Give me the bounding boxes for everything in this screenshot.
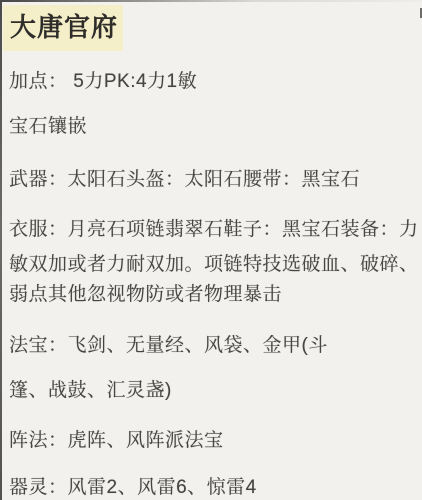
treasure-line-2: 篷、战鼓、汇灵盏) <box>9 376 412 406</box>
formation-line: 阵法：虎阵、风阵派法宝 <box>9 426 412 456</box>
stat-allocation-line: 加点： 5力PK:4力1敏 <box>9 67 412 97</box>
gem-section-heading: 宝石镶嵌 <box>9 112 412 142</box>
treasure-line-1: 法宝：飞剑、无量经、风袋、金甲(斗 <box>9 331 412 361</box>
clothes-gems-line-1: 衣服：月亮石项链翡翠石鞋子：黑宝石装备：力 <box>9 215 412 245</box>
clothes-gems-line-3: 弱点其他忽视物防或者物理暴击 <box>9 280 412 310</box>
clothes-gems-line-2: 敏双加或者力耐双加。项链特技选破血、破碎、 <box>9 250 412 280</box>
guide-article: 大唐官府 加点： 5力PK:4力1敏 宝石镶嵌 武器：太阳石头盔：太阳石腰带：黑… <box>0 0 422 500</box>
page-title: 大唐官府 <box>3 5 123 51</box>
weapon-gems-line: 武器：太阳石头盔：太阳石腰带：黑宝石 <box>9 165 412 195</box>
weapon-spirit-line: 器灵：风雷2、风雷6、惊雷4 <box>9 473 412 500</box>
